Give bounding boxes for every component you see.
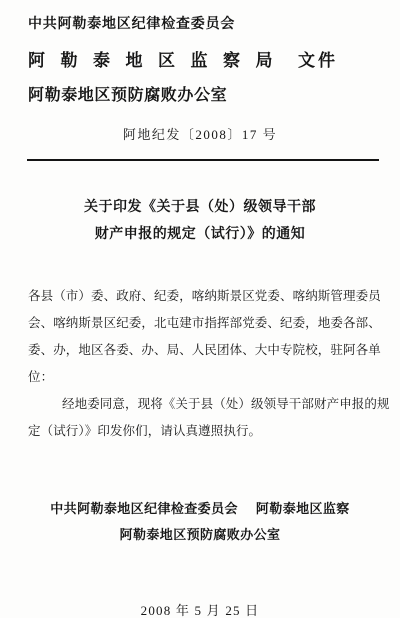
divider-line xyxy=(27,159,379,161)
signature-block: 中共阿勒泰地区纪律检查委员会 阿勒泰地区监察 阿勒泰地区预防腐败办公室 xyxy=(0,500,400,543)
recipients-line: 委、办，地区各委、办、局、人民团体、大中专院校，驻阿各单 xyxy=(28,337,380,364)
issuing-org-line2: 阿勒泰地区监察局 文件 xyxy=(28,51,378,71)
document-body: 各县（市）委、政府、纪委，喀纳斯景区党委、喀纳斯管理委员 会、喀纳斯景区纪委，北… xyxy=(0,283,400,445)
signature-org-2: 阿勒泰地区监察 xyxy=(256,500,350,517)
notice-text-line: 定（试行）》印发你们，请认真遵照执行。 xyxy=(28,418,380,445)
issuing-org-line3: 阿勒泰地区预防腐败办公室 xyxy=(28,86,378,105)
document-title-line2: 财产申报的规定（试行）》的通知 xyxy=(0,221,400,248)
issuing-org-name: 阿勒泰地区监察局 xyxy=(28,51,288,71)
letterhead: 中共阿勒泰地区纪律检查委员会 阿勒泰地区监察局 文件 阿勒泰地区预防腐败办公室 xyxy=(0,0,400,105)
signature-org-1: 中共阿勒泰地区纪律检查委员会 xyxy=(50,500,238,517)
issuing-org-line1: 中共阿勒泰地区纪律检查委员会 xyxy=(28,14,378,32)
document-title-line1: 关于印发《关于县（处）级领导干部 xyxy=(0,194,400,221)
recipients-line: 各县（市）委、政府、纪委，喀纳斯景区党委、喀纳斯管理委员 xyxy=(28,283,380,310)
document-number: 阿地纪发〔2008〕17 号 xyxy=(0,126,400,143)
signature-line1: 中共阿勒泰地区纪律检查委员会 阿勒泰地区监察 xyxy=(0,500,400,517)
document-date: 2008 年 5 月 25 日 xyxy=(0,602,400,618)
recipients-line: 位： xyxy=(28,364,380,391)
document-title: 关于印发《关于县（处）级领导干部 财产申报的规定（试行）》的通知 xyxy=(0,194,400,248)
recipients-line: 会、喀纳斯景区纪委，北屯建市指挥部党委、纪委，地委各部、 xyxy=(28,310,380,337)
document-page: 中共阿勒泰地区纪律检查委员会 阿勒泰地区监察局 文件 阿勒泰地区预防腐败办公室 … xyxy=(0,0,400,618)
signature-org-3: 阿勒泰地区预防腐败办公室 xyxy=(0,526,400,543)
document-type-label: 文件 xyxy=(298,51,338,71)
notice-text-line: 经地委同意，现将《关于县（处）级领导干部财产申报的规 xyxy=(28,391,380,418)
